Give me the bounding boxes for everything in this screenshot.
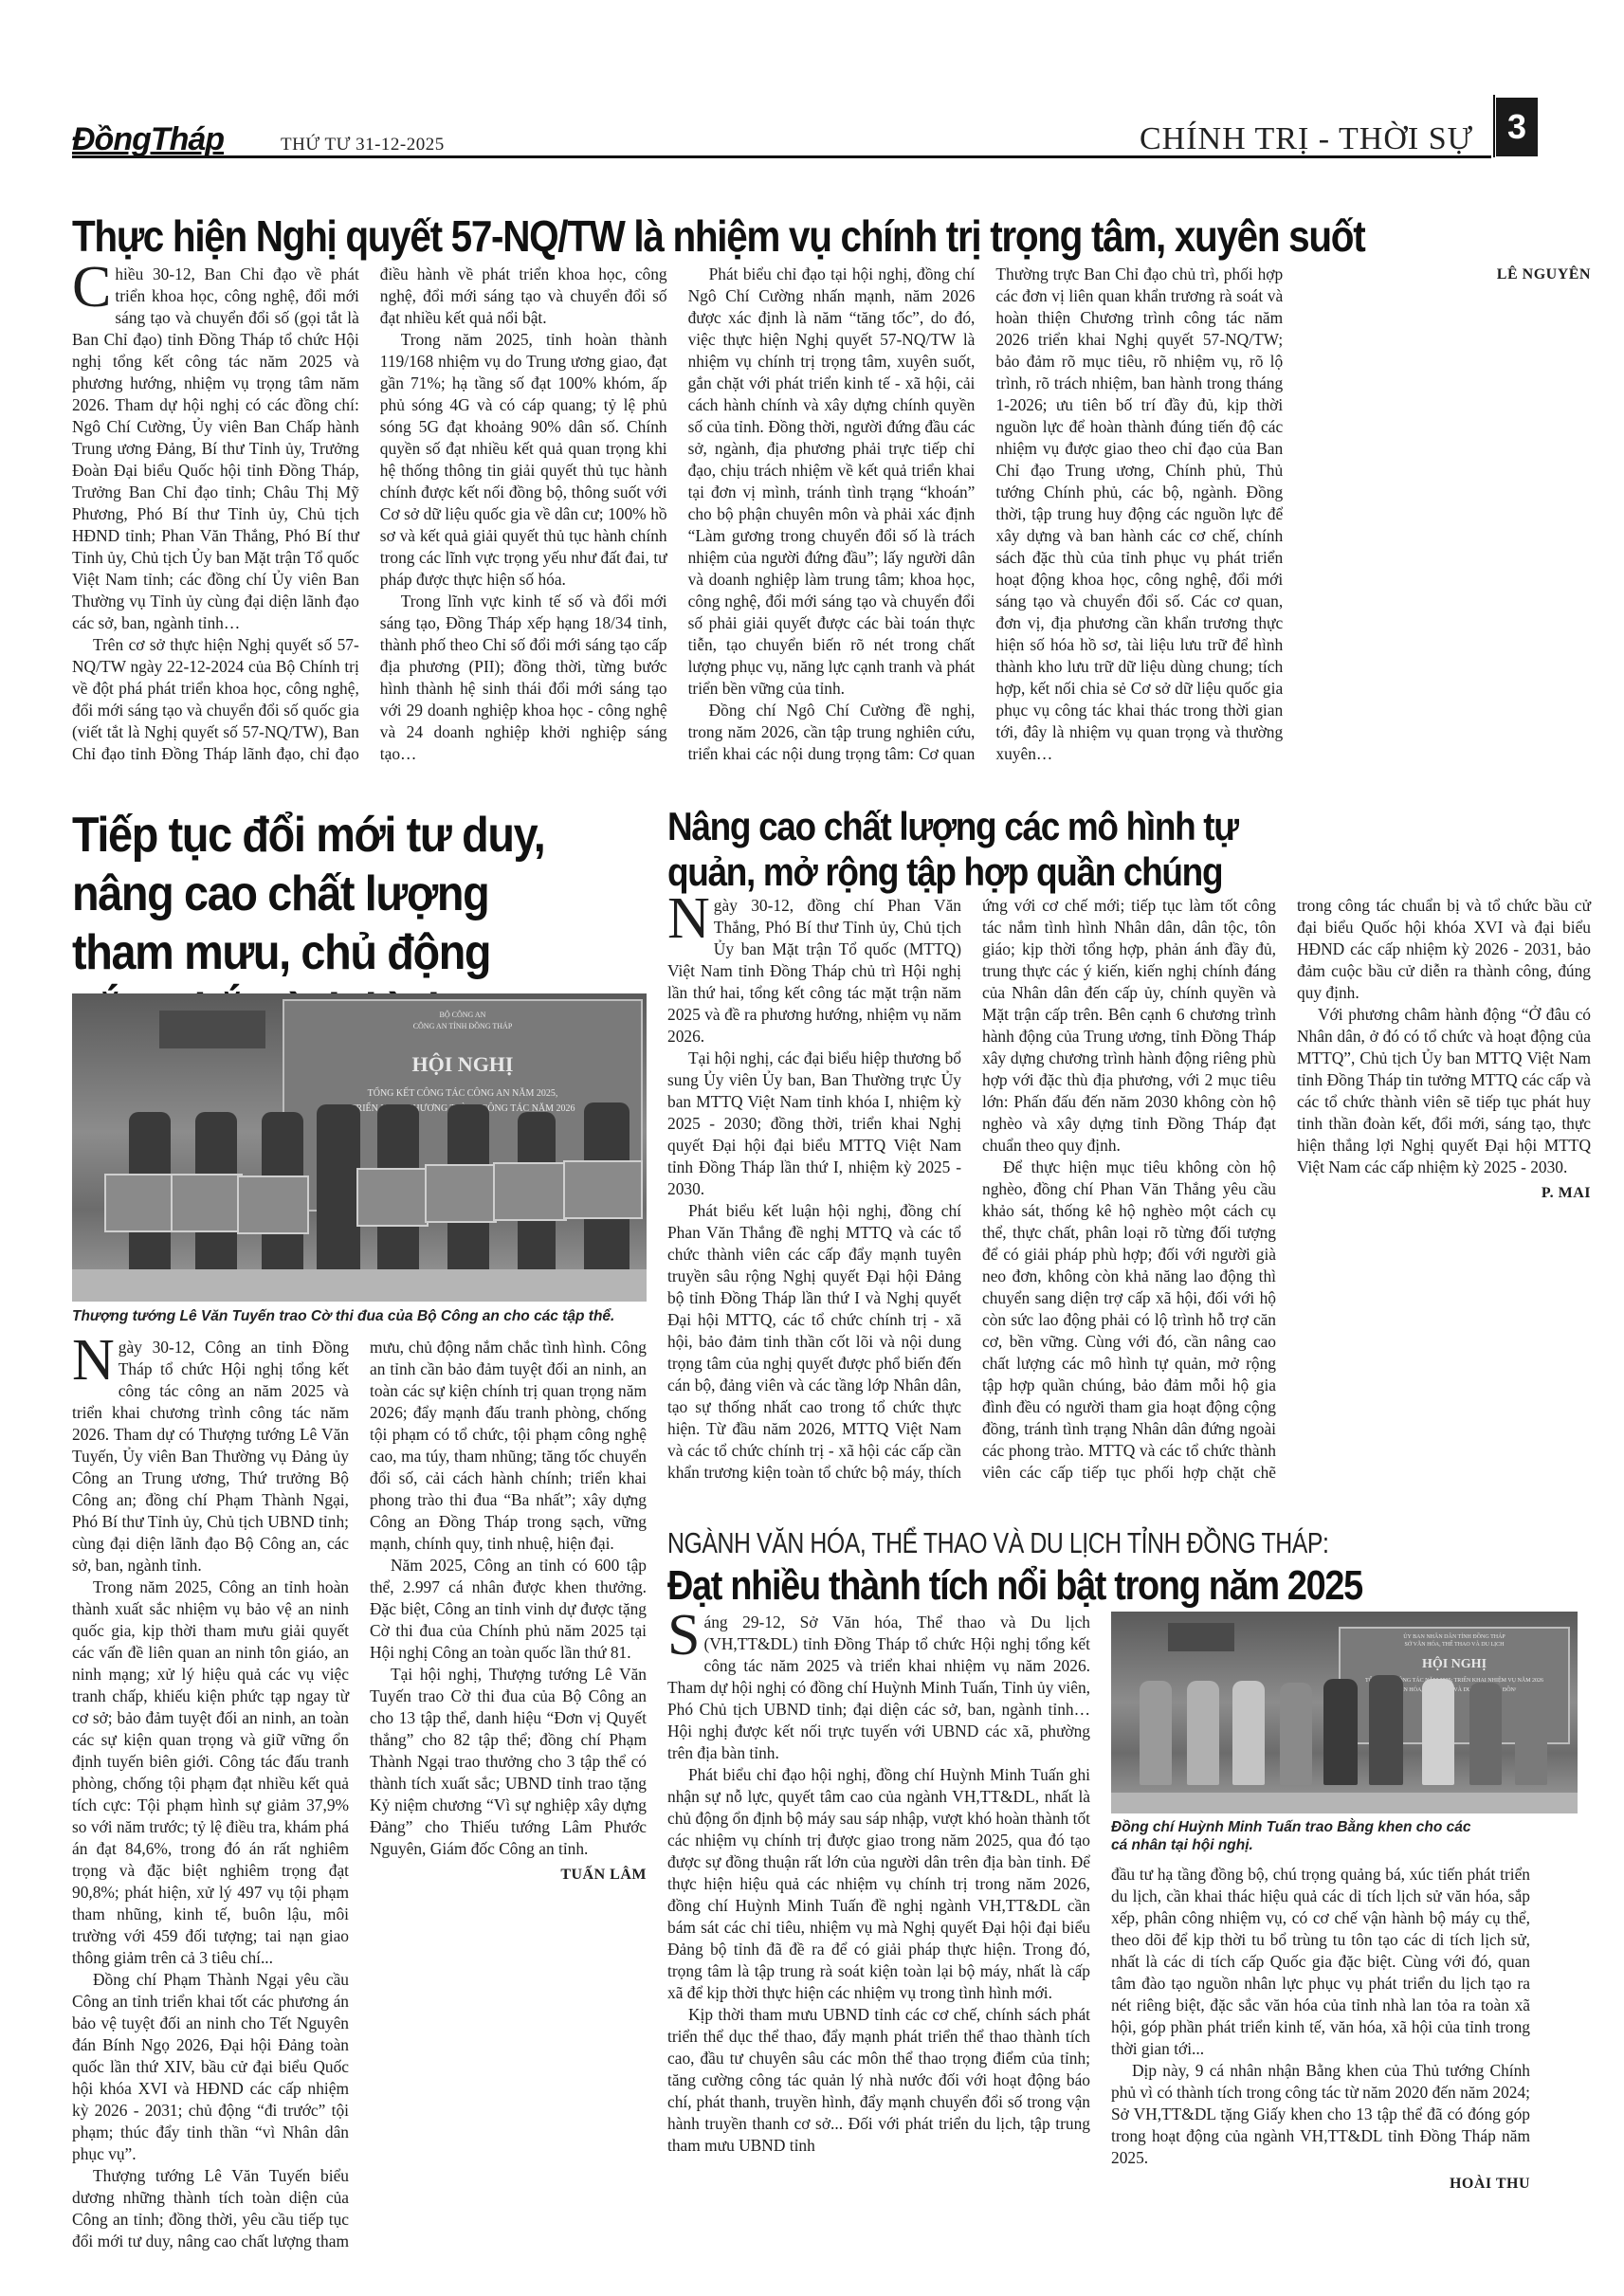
person bbox=[1280, 1683, 1312, 1785]
award-flag bbox=[237, 1175, 309, 1234]
award-flag bbox=[356, 1168, 429, 1227]
header-rule bbox=[72, 155, 1491, 158]
article1-para-1: Chiều 30-12, Ban Chỉ đạo về phát triển k… bbox=[72, 264, 359, 634]
article4-headline: Đạt nhiều thành tích nổi bật trong năm 2… bbox=[667, 1562, 1362, 1610]
article4-para-5: Dịp này, 9 cá nhân nhận Bằng khen của Th… bbox=[1111, 2060, 1530, 2169]
page-number: 3 bbox=[1496, 98, 1538, 156]
article2-para-2: Trong năm 2025, Công an tỉnh hoàn thành … bbox=[72, 1576, 349, 1969]
person bbox=[1187, 1681, 1219, 1785]
article2-dropcap: N bbox=[72, 1339, 119, 1382]
article2-para-6: Tại hội nghị, Thượng tướng Lê Văn Tuyến … bbox=[370, 1664, 647, 1860]
article4-photo: ỦY BAN NHÂN DÂN TỈNH ĐỒNG THÁP SỞ VĂN HÓ… bbox=[1111, 1612, 1578, 1813]
person bbox=[317, 1104, 360, 1273]
article3-para-1: Ngày 30-12, đồng chí Phan Văn Thắng, Phó… bbox=[667, 895, 961, 1048]
article2-para-5: Năm 2025, Công an tỉnh có 600 tập thể, 2… bbox=[370, 1555, 647, 1664]
article1-dropcap: C bbox=[72, 265, 115, 309]
article3-headline: Nâng cao chất lượng các mô hình tự quản,… bbox=[667, 804, 1251, 895]
person bbox=[1422, 1679, 1454, 1785]
article2-body: Ngày 30-12, Công an tỉnh Đồng Tháp tổ ch… bbox=[72, 1337, 647, 2254]
article3-dropcap: N bbox=[667, 897, 714, 940]
award-flag bbox=[563, 1160, 643, 1219]
article3-para-2: Tại hội nghị, các đại biểu hiệp thương b… bbox=[667, 1048, 961, 1200]
article4-kicker: NGÀNH VĂN HÓA, THỂ THAO VÀ DU LỊCH TỈNH … bbox=[667, 1526, 1328, 1560]
article4-body-left: Sáng 29-12, Sở Văn hóa, Thể thao và Du l… bbox=[667, 1612, 1090, 2256]
article4-para-3: Kịp thời tham mưu UBND tỉnh các cơ chế, … bbox=[667, 2004, 1090, 2157]
section-title: CHÍNH TRỊ - THỜI SỰ bbox=[1140, 121, 1473, 157]
article4-para-1: Sáng 29-12, Sở Văn hóa, Thể thao và Du l… bbox=[667, 1612, 1090, 1764]
header-divider bbox=[1493, 95, 1495, 157]
article2-para-1: Ngày 30-12, Công an tỉnh Đồng Tháp tổ ch… bbox=[72, 1337, 349, 1576]
article2-para-3: Đồng chí Phạm Thành Ngại yêu cầu Công an… bbox=[72, 1969, 349, 2165]
issue-date: THỨ TƯ 31-12-2025 bbox=[281, 135, 445, 155]
person bbox=[1369, 1675, 1403, 1785]
article3-byline: P. MAI bbox=[1297, 1182, 1591, 1204]
person bbox=[1323, 1679, 1358, 1785]
award-flag bbox=[493, 1162, 567, 1221]
article4-para-4: đầu tư hạ tầng đồng bộ, chú trọng quảng … bbox=[1111, 1864, 1530, 2060]
award-flag bbox=[104, 1174, 176, 1232]
article4-dropcap: S bbox=[667, 1613, 703, 1657]
article3-body: Ngày 30-12, đồng chí Phan Văn Thắng, Phó… bbox=[667, 895, 1591, 1502]
article4-para-2: Phát biểu chỉ đạo hội nghị, đồng chí Huỳ… bbox=[667, 1764, 1090, 2004]
masthead: ĐồngTháp THỨ TƯ 31-12-2025 CHÍNH TRỊ - T… bbox=[72, 121, 1494, 157]
article4-byline: HOÀI THU bbox=[1111, 2173, 1530, 2195]
article1-para-4: Trong lĩnh vực kinh tế số và đổi mới sán… bbox=[380, 591, 667, 765]
newspaper-logo: ĐồngTháp bbox=[72, 121, 224, 158]
article2-photo: BỘ CÔNG AN CÔNG AN TỈNH ĐỒNG THÁP HỘI NG… bbox=[72, 993, 647, 1302]
article1-para-3: Trong năm 2025, tỉnh hoàn thành 119/168 … bbox=[380, 329, 667, 591]
award-flag bbox=[171, 1174, 243, 1232]
flag-party bbox=[1168, 1623, 1234, 1651]
article4-body-right: đầu tư hạ tầng đồng bộ, chú trọng quảng … bbox=[1111, 1864, 1530, 2262]
person bbox=[1232, 1681, 1265, 1785]
article1-body: Chiều 30-12, Ban Chỉ đạo về phát triển k… bbox=[72, 264, 1591, 775]
article1-byline: LÊ NGUYÊN bbox=[1304, 264, 1591, 285]
person bbox=[1515, 1683, 1547, 1785]
article3-para-5: Với phương châm hành động “Ở đâu có Nhân… bbox=[1297, 1004, 1591, 1178]
flag-party bbox=[159, 1011, 265, 1048]
article2-byline: TUẤN LÂM bbox=[370, 1864, 647, 1886]
article2-caption: Thượng tướng Lê Văn Tuyến trao Cờ thi đu… bbox=[72, 1308, 647, 1325]
person bbox=[1469, 1683, 1502, 1785]
award-flag bbox=[425, 1164, 497, 1223]
article4-caption: Đồng chí Huỳnh Minh Tuấn trao Bằng khen … bbox=[1111, 1818, 1490, 1854]
article1-para-5: Phát biểu chỉ đạo tại hội nghị, đồng chí… bbox=[688, 264, 976, 700]
article1-headline: Thực hiện Nghị quyết 57-NQ/TW là nhiệm v… bbox=[72, 210, 1364, 262]
person bbox=[1140, 1681, 1172, 1785]
